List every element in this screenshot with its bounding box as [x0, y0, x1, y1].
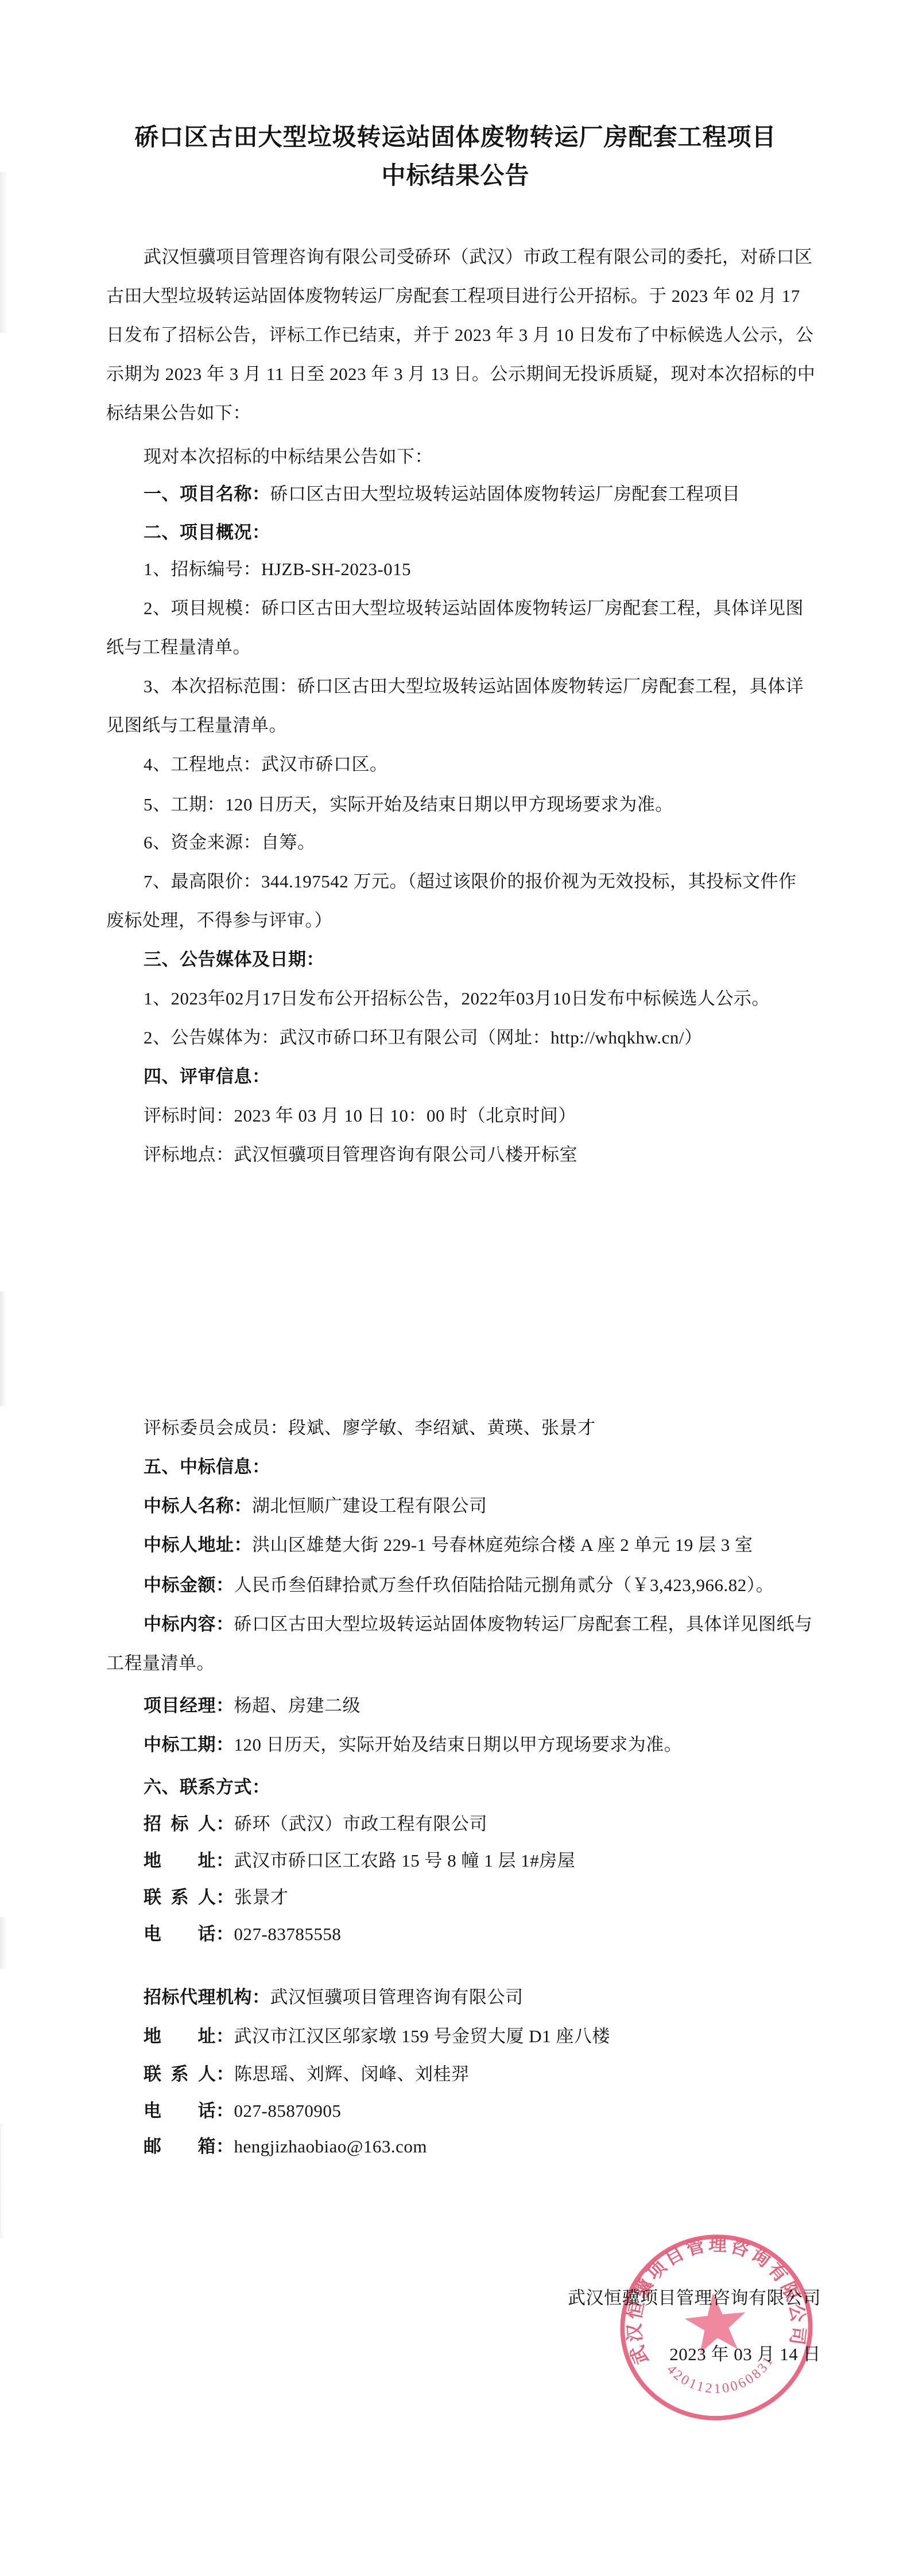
- doc-line-text: 硚口区古田大型垃圾转运站固体废物转运厂房配套工程项目: [270, 484, 741, 504]
- doc-line: 评标时间：2023 年 03 月 10 日 10：00 时（北京时间）: [144, 1101, 576, 1131]
- doc-line-text: 6、资金来源：自筹。: [144, 832, 316, 852]
- doc-line: 1、招标编号：HJZB-SH-2023-015: [144, 554, 411, 584]
- doc-line-text: 古田大型垃圾转运站固体废物转运厂房配套工程项目进行公开招标。于 2023 年 0…: [106, 286, 800, 306]
- doc-line-text: 3、本次招标范围：硚口区古田大型垃圾转运站固体废物转运厂房配套工程，具体详: [144, 676, 804, 696]
- stamp-serial-number: 42011210060831: [663, 2352, 781, 2403]
- doc-line-text: 1、招标编号：HJZB-SH-2023-015: [144, 559, 411, 579]
- document-page: 硚口区古田大型垃圾转运站固体废物转运厂房配套工程项目中标结果公告武汉恒骥项目管理…: [0, 0, 911, 2576]
- doc-line-text: 武汉市硚口区工农路 15 号 8 幢 1 层 1#房屋: [234, 1850, 576, 1871]
- doc-line: 评标地点：武汉恒骥项目管理咨询有限公司八楼开标室: [144, 1140, 577, 1170]
- company-seal-stamp: 武汉恒骥项目管理咨询有限公司 42011210060831: [599, 2212, 834, 2443]
- doc-line-text: 中标结果公告: [381, 163, 529, 189]
- doc-line-label: 四、评审信息：: [144, 1066, 270, 1087]
- doc-line-label: 中标工期：: [144, 1735, 234, 1755]
- doc-line-text: 洪山区雄楚大街 229-1 号春林庭苑综合楼 A 座 2 单元 19 层 3 室: [252, 1535, 753, 1555]
- doc-line: 4、工程地点：武汉市硚口区。: [144, 750, 388, 779]
- doc-line: 五、中标信息：: [144, 1452, 270, 1482]
- doc-line: 6、资金来源：自筹。: [144, 828, 316, 858]
- doc-line-text: 示期为 2023 年 3 月 11 日至 2023 年 3 月 13 日。公示期…: [106, 364, 815, 384]
- doc-line: 中标工期：120 日历天，实际开始及结束日期以甲方现场要求为准。: [144, 1730, 682, 1760]
- doc-line: 招 标 人：硚环（武汉）市政工程有限公司: [144, 1809, 487, 1839]
- doc-line: 中标人名称：湖北恒顺广建设工程有限公司: [144, 1491, 487, 1521]
- doc-line-label: 地 址：: [144, 2026, 234, 2046]
- doc-line-label: 中标人地址：: [144, 1535, 252, 1555]
- doc-line-label: 邮 箱：: [144, 2136, 234, 2156]
- doc-line-text: 2、项目规模：硚口区古田大型垃圾转运站固体废物转运厂房配套工程，具体详见图: [144, 598, 804, 618]
- doc-line-text: 2、公告媒体为：武汉市硚口环卫有限公司（网址：http://whqkhw.cn/…: [144, 1027, 702, 1048]
- doc-line-label: 中标内容：: [144, 1614, 234, 1634]
- doc-line-text: 陈思瑶、刘辉、闵峰、刘桂羿: [234, 2064, 470, 2084]
- doc-line-label: 一、项目名称：: [144, 484, 270, 504]
- doc-line: 中标内容：硚口区古田大型垃圾转运站固体废物转运厂房配套工程，具体详见图纸与: [144, 1609, 813, 1639]
- doc-line-text: 硚环（武汉）市政工程有限公司: [234, 1814, 487, 1834]
- doc-line: 地 址：武汉市硚口区工农路 15 号 8 幢 1 层 1#房屋: [144, 1846, 575, 1876]
- scan-artifact: [0, 172, 8, 333]
- doc-line: 项目经理：杨超、房建二级: [144, 1691, 360, 1721]
- doc-line-text: 纸与工程量清单。: [106, 637, 251, 657]
- doc-line: 中标金额：人民币叁佰肆拾贰万叁仟玖佰陆拾陆元捌角贰分（￥3,423,966.82…: [144, 1570, 774, 1600]
- doc-line: 武汉恒骥项目管理咨询有限公司受硚环（武汉）市政工程有限公司的委托，对硚口区: [144, 242, 813, 272]
- doc-line: 见图纸与工程量清单。: [106, 711, 287, 740]
- doc-line-label: 项目经理：: [144, 1696, 234, 1716]
- doc-line-text: 027-83785558: [234, 1924, 342, 1944]
- doc-line-text: 7、最高限价：344.197542 万元。（超过该限价的报价视为无效投标，其投标…: [144, 871, 797, 891]
- doc-line-label: 招标代理机构：: [144, 1987, 270, 2007]
- doc-line: 电 话：027-83785558: [144, 1919, 341, 1949]
- doc-line-text: 现对本次招标的中标结果公告如下：: [144, 447, 433, 467]
- doc-line-text: 硚口区古田大型垃圾转运站固体废物转运厂房配套工程项目: [134, 125, 776, 151]
- doc-line-text: 武汉恒骥项目管理咨询有限公司: [270, 1987, 524, 2007]
- stamp-star-icon: [683, 2290, 749, 2354]
- doc-line: 地 址：武汉市江汉区邬家墩 159 号金贸大厦 D1 座八楼: [144, 2022, 610, 2051]
- doc-line: 邮 箱：hengjizhaobiao@163.com: [144, 2132, 427, 2162]
- doc-line-text: 湖北恒顺广建设工程有限公司: [252, 1496, 487, 1516]
- doc-line-text: 工程量清单。: [106, 1653, 215, 1673]
- doc-line-text: 120 日历天，实际开始及结束日期以甲方现场要求为准。: [234, 1735, 683, 1755]
- doc-line: 2、项目规模：硚口区古田大型垃圾转运站固体废物转运厂房配套工程，具体详见图: [144, 593, 804, 623]
- doc-line-text: 武汉市江汉区邬家墩 159 号金贸大厦 D1 座八楼: [234, 2026, 610, 2046]
- doc-line-text: 张景才: [234, 1887, 289, 1907]
- doc-line-text: 日发布了招标公告，评标工作已结束，并于 2023 年 3 月 10 日发布了中标…: [106, 325, 814, 345]
- scan-artifact: [0, 1917, 7, 1969]
- doc-line: 联 系 人：陈思瑶、刘辉、闵峰、刘桂羿: [144, 2059, 470, 2089]
- doc-line: 中标结果公告: [0, 158, 911, 195]
- doc-line-label: 联 系 人：: [144, 1887, 234, 1907]
- doc-line: 联 系 人：张景才: [144, 1883, 289, 1912]
- doc-line: 工程量清单。: [106, 1648, 215, 1678]
- doc-line: 2、公告媒体为：武汉市硚口环卫有限公司（网址：http://whqkhw.cn/…: [144, 1023, 702, 1053]
- doc-line-text: 见图纸与工程量清单。: [106, 715, 287, 735]
- doc-line-label: 中标人名称：: [144, 1496, 252, 1516]
- doc-line-label: 六、联系方式：: [144, 1777, 270, 1797]
- scan-artifact: [0, 1291, 6, 1406]
- doc-line-label: 地 址：: [144, 1850, 234, 1871]
- doc-line: 评标委员会成员：段斌、廖学敏、李绍斌、黄瑛、张景才: [144, 1413, 596, 1443]
- doc-line: 纸与工程量清单。: [106, 633, 251, 662]
- doc-line-text: 027-85870905: [234, 2101, 342, 2121]
- doc-line: 六、联系方式：: [144, 1772, 270, 1802]
- doc-line: 招标代理机构：武汉恒骥项目管理咨询有限公司: [144, 1983, 524, 2012]
- doc-line: 3、本次招标范围：硚口区古田大型垃圾转运站固体废物转运厂房配套工程，具体详: [144, 672, 804, 701]
- scan-artifact: [0, 2124, 5, 2239]
- doc-line-label: 中标金额：: [144, 1575, 234, 1595]
- svg-text:42011210060831: 42011210060831: [663, 2352, 781, 2403]
- doc-line: 日发布了招标公告，评标工作已结束，并于 2023 年 3 月 10 日发布了中标…: [106, 320, 814, 350]
- doc-line-label: 五、中标信息：: [144, 1457, 270, 1477]
- doc-line-label: 电 话：: [144, 2101, 234, 2121]
- doc-line-text: 1、2023年02月17日发布公开招标公告，2022年03月10日发布中标候选人…: [144, 988, 770, 1008]
- doc-line-text: 评标时间：2023 年 03 月 10 日 10：00 时（北京时间）: [144, 1105, 576, 1126]
- doc-line: 四、评审信息：: [144, 1062, 270, 1092]
- doc-line: 古田大型垃圾转运站固体废物转运厂房配套工程项目进行公开招标。于 2023 年 0…: [106, 281, 800, 311]
- doc-line-text: 评标地点：武汉恒骥项目管理咨询有限公司八楼开标室: [144, 1145, 577, 1165]
- doc-line-text: 人民币叁佰肆拾贰万叁仟玖佰陆拾陆元捌角贰分（￥3,423,966.82）。: [234, 1575, 774, 1595]
- doc-line: 硚口区古田大型垃圾转运站固体废物转运厂房配套工程项目: [0, 119, 911, 156]
- doc-line-text: 废标处理，不得参与评审。）: [106, 910, 332, 930]
- doc-line-label: 招 标 人：: [144, 1814, 234, 1834]
- doc-line-text: hengjizhaobiao@163.com: [234, 2136, 428, 2156]
- doc-line-text: 4、工程地点：武汉市硚口区。: [144, 754, 388, 774]
- doc-line: 5、工期：120 日历天，实际开始及结束日期以甲方现场要求为准。: [144, 790, 673, 820]
- doc-line: 7、最高限价：344.197542 万元。（超过该限价的报价视为无效投标，其投标…: [144, 867, 797, 897]
- doc-line: 示期为 2023 年 3 月 11 日至 2023 年 3 月 13 日。公示期…: [106, 359, 815, 389]
- doc-line-label: 电 话：: [144, 1924, 234, 1944]
- doc-line-label: 三、公告媒体及日期：: [144, 949, 324, 969]
- doc-line: 现对本次招标的中标结果公告如下：: [144, 442, 433, 472]
- doc-line-text: 武汉恒骥项目管理咨询有限公司受硚环（武汉）市政工程有限公司的委托，对硚口区: [144, 247, 813, 267]
- doc-line-text: 硚口区古田大型垃圾转运站固体废物转运厂房配套工程，具体详见图纸与: [234, 1614, 813, 1634]
- doc-line: 一、项目名称：硚口区古田大型垃圾转运站固体废物转运厂房配套工程项目: [144, 479, 741, 509]
- doc-line: 废标处理，不得参与评审。）: [106, 906, 332, 936]
- doc-line: 中标人地址：洪山区雄楚大街 229-1 号春林庭苑综合楼 A 座 2 单元 19…: [144, 1530, 753, 1560]
- doc-line-label: 二、项目概况：: [144, 522, 270, 542]
- doc-line: 二、项目概况：: [144, 518, 270, 548]
- doc-line-text: 杨超、房建二级: [234, 1696, 361, 1716]
- doc-line: 标结果公告如下：: [106, 398, 251, 428]
- doc-line: 三、公告媒体及日期：: [144, 945, 324, 975]
- doc-line-text: 5、工期：120 日历天，实际开始及结束日期以甲方现场要求为准。: [144, 794, 673, 814]
- doc-line: 1、2023年02月17日发布公开招标公告，2022年03月10日发布中标候选人…: [144, 984, 770, 1014]
- doc-line-text: 标结果公告如下：: [106, 403, 251, 423]
- doc-line: 电 话：027-85870905: [144, 2096, 341, 2126]
- doc-line-label: 联 系 人：: [144, 2064, 234, 2084]
- doc-line-text: 评标委员会成员：段斌、廖学敏、李绍斌、黄瑛、张景才: [144, 1418, 596, 1438]
